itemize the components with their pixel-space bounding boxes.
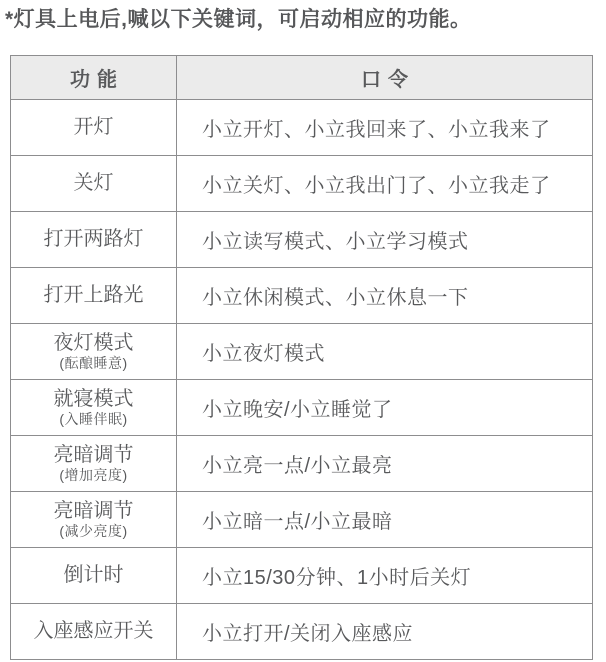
command-cell: 小立晚安/小立睡觉了 — [177, 380, 593, 436]
function-sub-label: (入睡伴眠) — [12, 411, 175, 427]
table-row: 开灯 小立开灯、小立我回来了、小立我来了 — [11, 100, 593, 156]
table-header-row: 功能 口令 — [11, 56, 593, 100]
command-cell: 小立读写模式、小立学习模式 — [177, 212, 593, 268]
function-cell: 亮暗调节(减少亮度) — [11, 492, 177, 548]
command-cell: 小立开灯、小立我回来了、小立我来了 — [177, 100, 593, 156]
table-row: 打开两路灯 小立读写模式、小立学习模式 — [11, 212, 593, 268]
function-label: 打开两路灯 — [44, 228, 144, 250]
voice-command-table: 功能 口令 开灯 小立开灯、小立我回来了、小立我来了 关灯 小立关灯、小立我出门… — [10, 55, 593, 660]
function-label: 亮暗调节 — [54, 444, 134, 466]
table-row: 倒计时 小立15/30分钟、1小时后关灯 — [11, 548, 593, 604]
function-cell: 关灯 — [11, 156, 177, 212]
manual-page: *灯具上电后,喊以下关键词，可启动相应的功能。 功能 口令 开灯 小立开灯、小立… — [0, 0, 606, 662]
command-cell: 小立夜灯模式 — [177, 324, 593, 380]
column-header-command: 口令 — [177, 56, 593, 100]
table-row: 亮暗调节(减少亮度) 小立暗一点/小立最暗 — [11, 492, 593, 548]
column-header-function: 功能 — [11, 56, 177, 100]
function-label: 就寝模式 — [54, 388, 134, 410]
function-label: 夜灯模式 — [54, 332, 134, 354]
function-cell: 打开上路光 — [11, 268, 177, 324]
command-cell: 小立休闲模式、小立休息一下 — [177, 268, 593, 324]
function-cell: 亮暗调节(增加亮度) — [11, 436, 177, 492]
function-cell: 夜灯模式(酝酿睡意) — [11, 324, 177, 380]
function-sub-label: (增加亮度) — [12, 467, 175, 483]
function-sub-label: (减少亮度) — [12, 523, 175, 539]
function-cell: 开灯 — [11, 100, 177, 156]
table-row: 夜灯模式(酝酿睡意) 小立夜灯模式 — [11, 324, 593, 380]
command-cell: 小立15/30分钟、1小时后关灯 — [177, 548, 593, 604]
intro-note: *灯具上电后,喊以下关键词，可启动相应的功能。 — [5, 6, 606, 33]
command-cell: 小立关灯、小立我出门了、小立我走了 — [177, 156, 593, 212]
function-cell: 就寝模式(入睡伴眠) — [11, 380, 177, 436]
function-cell: 倒计时 — [11, 548, 177, 604]
function-label: 亮暗调节 — [54, 500, 134, 522]
function-cell: 打开两路灯 — [11, 212, 177, 268]
function-sub-label: (酝酿睡意) — [12, 355, 175, 371]
function-label: 打开上路光 — [44, 284, 144, 306]
table-row: 亮暗调节(增加亮度) 小立亮一点/小立最亮 — [11, 436, 593, 492]
function-label: 开灯 — [74, 116, 114, 138]
function-label: 入座感应开关 — [34, 620, 154, 642]
function-label: 关灯 — [74, 172, 114, 194]
table-row: 就寝模式(入睡伴眠) 小立晚安/小立睡觉了 — [11, 380, 593, 436]
function-label: 倒计时 — [64, 564, 124, 586]
command-cell: 小立亮一点/小立最亮 — [177, 436, 593, 492]
command-cell: 小立打开/关闭入座感应 — [177, 604, 593, 660]
command-cell: 小立暗一点/小立最暗 — [177, 492, 593, 548]
table-row: 打开上路光 小立休闲模式、小立休息一下 — [11, 268, 593, 324]
table-row: 入座感应开关 小立打开/关闭入座感应 — [11, 604, 593, 660]
table-row: 关灯 小立关灯、小立我出门了、小立我走了 — [11, 156, 593, 212]
function-cell: 入座感应开关 — [11, 604, 177, 660]
